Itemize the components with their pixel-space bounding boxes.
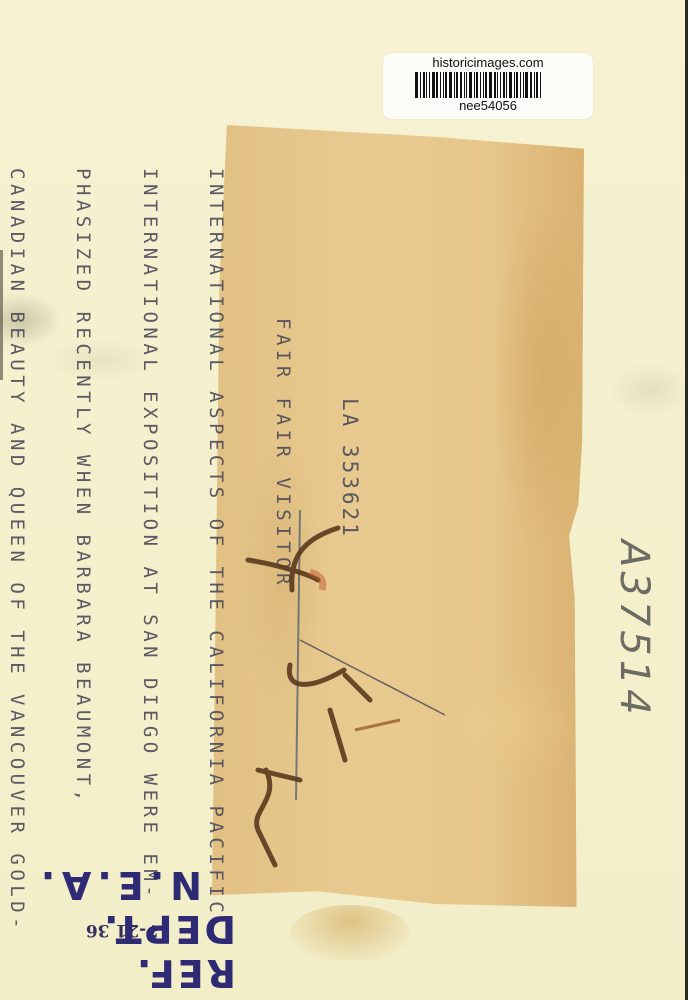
handwritten-id: A37514 bbox=[611, 540, 657, 719]
label-site: historicimages.com bbox=[383, 55, 593, 70]
caption-line: INTERNATIONAL ASPECTS OF THE CALIFORNIA … bbox=[205, 168, 227, 848]
caption-line: INTERNATIONAL EXPOSITION AT SAN DIEGO WE… bbox=[139, 168, 161, 848]
ref-dept-stamp: N.E.A. 7-21 36 REF. DEPT. bbox=[0, 825, 230, 995]
label-code: nee54056 bbox=[383, 98, 593, 113]
stamp-agency: N.E.A. bbox=[35, 863, 202, 907]
caption-ref: LA 353621 bbox=[338, 168, 360, 848]
stamp-dept: REF. DEPT. bbox=[0, 907, 236, 995]
water-stain bbox=[290, 905, 410, 960]
caption-line: CANADIAN BEAUTY AND QUEEN OF THE VANCOUV… bbox=[5, 168, 27, 848]
caption-line: PHASIZED RECENTLY WHEN BARBARA BEAUMONT, bbox=[72, 168, 94, 848]
barcode-label: historicimages.com nee54056 bbox=[383, 53, 593, 119]
caption-headline: FAIR FAIR VISITOR bbox=[272, 168, 294, 848]
caption-text: LA 353621 FAIR FAIR VISITOR INTERNATIONA… bbox=[0, 168, 405, 848]
barcode-icon bbox=[415, 72, 561, 98]
